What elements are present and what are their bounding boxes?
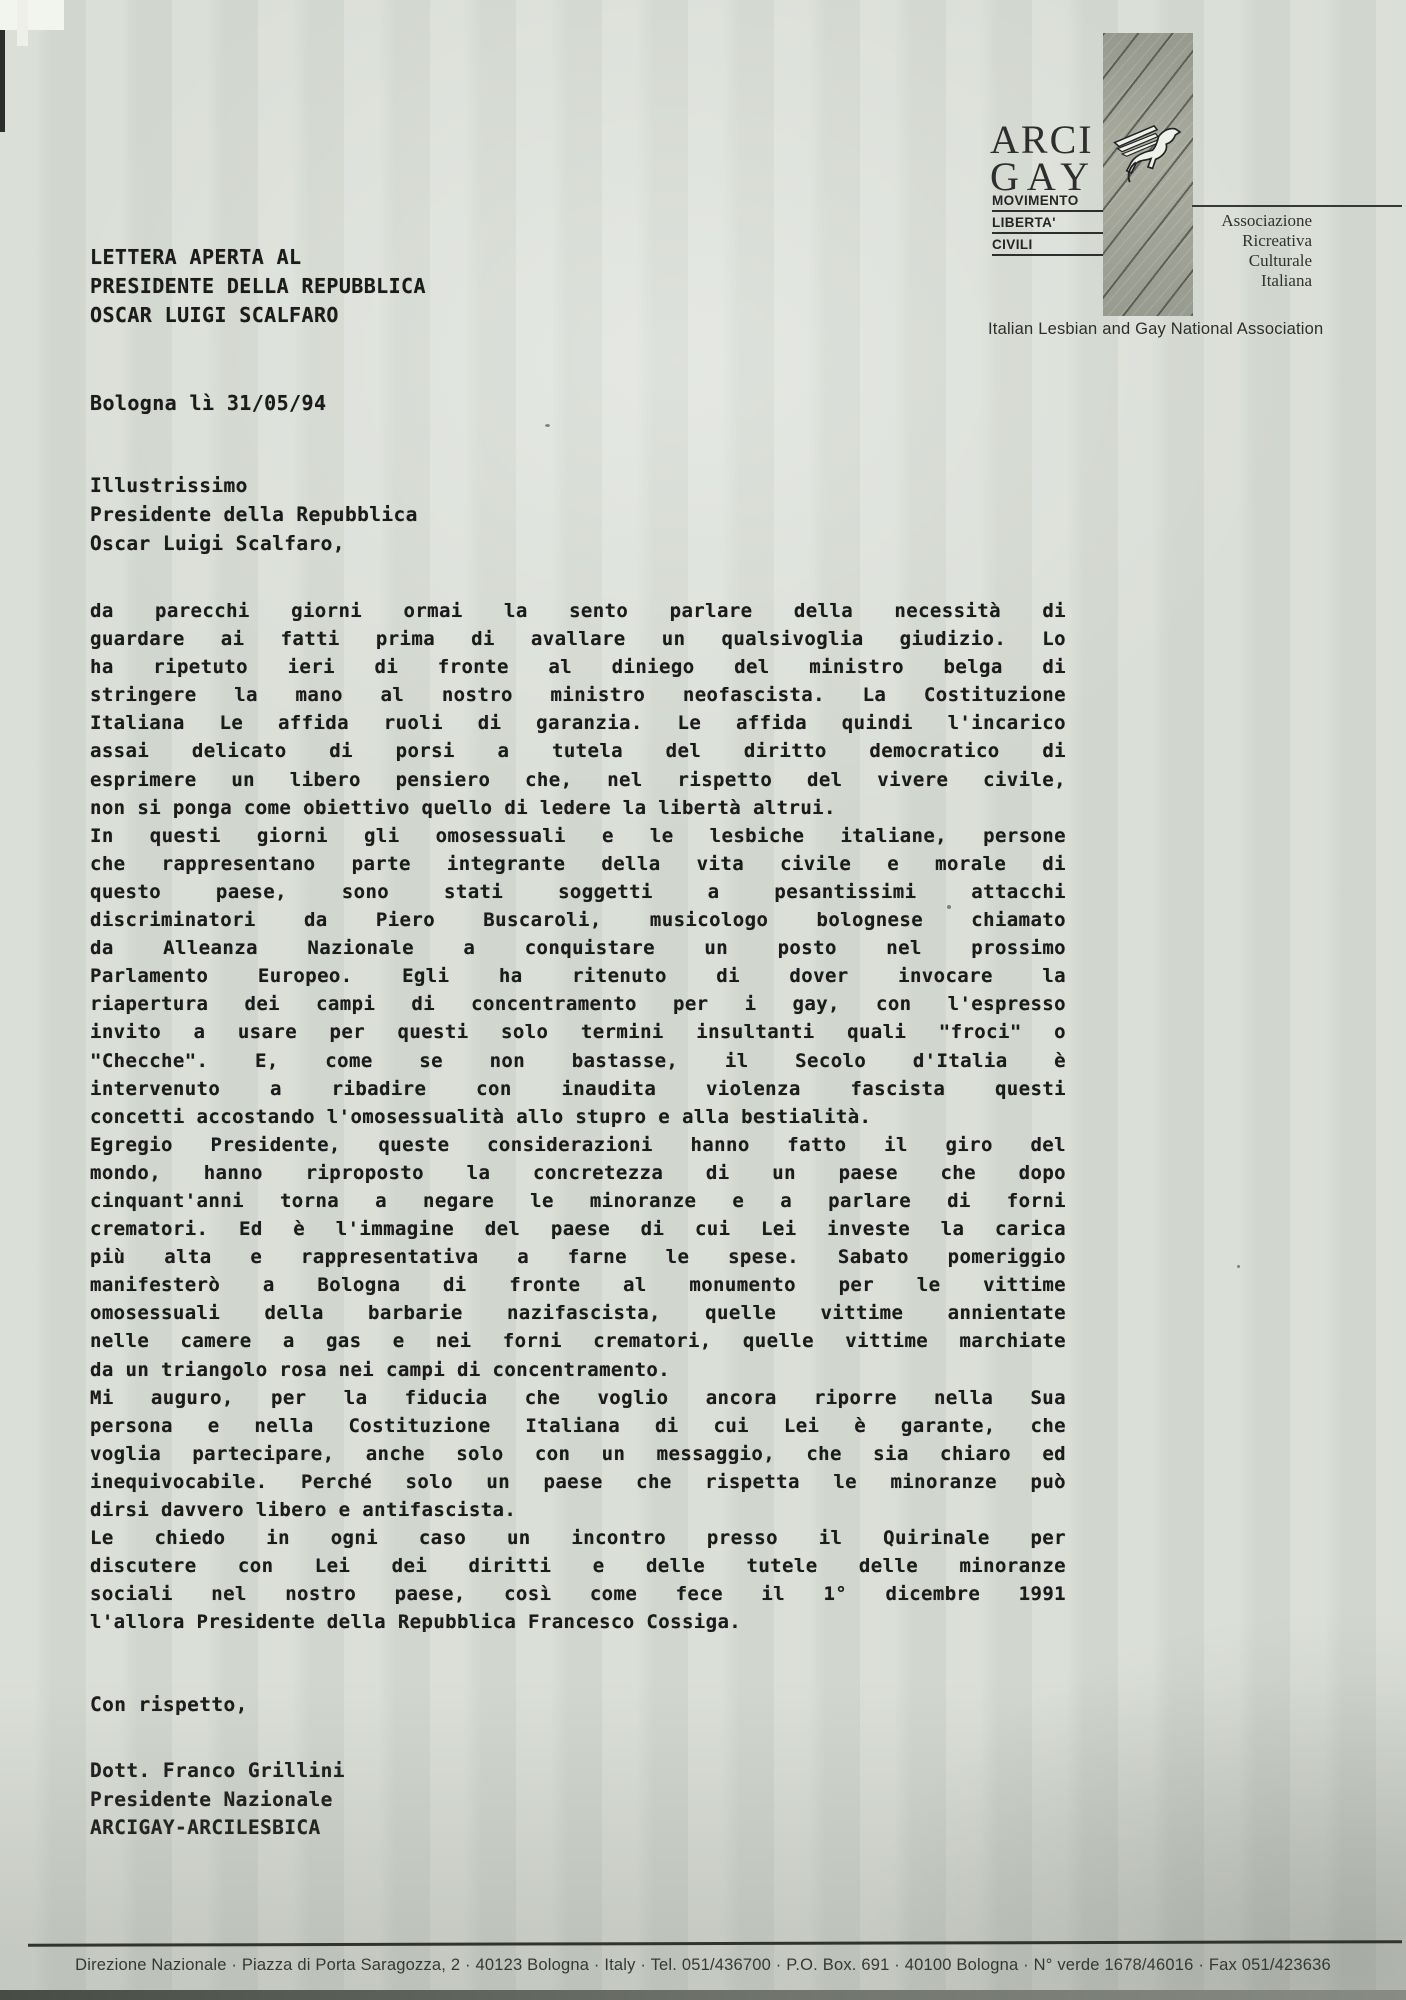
letter-body-line: questo paese, sono stati soggetti a pesa… [90,878,1066,906]
recipient-line: LETTERA APERTA AL [90,243,426,272]
scan-speck [545,424,550,427]
association-line: Associazione [1190,211,1312,231]
letter-body-line: voglia partecipare, anche solo con un me… [90,1440,1066,1468]
logo-word-liberta: LIBERTA' [992,215,1108,234]
letter-body-line: riapertura dei campi di concentramento p… [90,990,1066,1018]
pegasus-icon [1110,119,1186,189]
salutation-line: Illustrissimo [90,471,418,500]
logo-text-gay: GAY [990,158,1097,195]
letter-body-line: più alta e rappresentativa a farne le sp… [90,1243,1066,1271]
letter-body-line: invito a usare per questi solo termini i… [90,1018,1066,1046]
letter-body-line: che rappresentano parte integrante della… [90,850,1066,878]
association-line: Ricreativa [1190,231,1312,251]
letter-body-line: esprimere un libero pensiero che, nel ri… [90,766,1066,794]
english-subtitle: Italian Lesbian and Gay National Associa… [988,320,1328,339]
letter-body-line: nelle camere a gas e nei forni crematori… [90,1327,1066,1355]
letter-body-line: In questi giorni gli omosessuali e le le… [90,822,1066,850]
association-line: Italiana [1190,271,1312,291]
logo-textured-band [1103,33,1193,316]
association-line: Culturale [1190,251,1312,271]
letter-body-line: sociali nel nostro paese, così come fece… [90,1580,1066,1608]
letter-body-line: guardare ai fatti prima di avallare un q… [90,625,1066,653]
letter-body-line: manifesterò a Bologna di fronte al monum… [90,1271,1066,1299]
letter-body-line: non si ponga come obiettivo quello di le… [90,794,1066,822]
scan-streak-artifact [17,0,28,46]
letter-body-line: ha ripetuto ieri di fronte al diniego de… [90,653,1066,681]
logo-word-movimento: MOVIMENTO [992,193,1108,212]
letter-body-line: assai delicato di porsi a tutela del dir… [90,737,1066,765]
recipient-block: LETTERA APERTA AL PRESIDENTE DELLA REPUB… [90,243,426,330]
letter-body-line: inequivocabile. Perché solo un paese che… [90,1468,1066,1496]
letter-body-line: discutere con Lei dei diritti e delle tu… [90,1552,1066,1580]
letter-body-line: stringere la mano al nostro ministro neo… [90,681,1066,709]
scanned-letter-page: ARCI GAY MOVIMENTO LIBERTA' CIVILI Assoc… [0,0,1406,2000]
association-name-block: Associazione Ricreativa Culturale Italia… [1190,211,1312,291]
salutation-block: Illustrissimo Presidente della Repubblic… [90,471,418,558]
arcigay-logo: ARCI GAY [990,121,1097,195]
letter-body-line: mondo, hanno riproposto la concretezza d… [90,1159,1066,1187]
scan-shadow-bottom [0,1680,1406,2000]
scan-speck [1237,1265,1240,1268]
letter-body-line: l'allora Presidente della Repubblica Fra… [90,1608,1066,1636]
letter-body-line: cinquant'anni torna a negare le minoranz… [90,1187,1066,1215]
logo-text-arci: ARCI [990,121,1097,158]
letter-body-line: Mi auguro, per la fiducia che voglio anc… [90,1384,1066,1412]
letter-body-line: da un triangolo rosa nei campi di concen… [90,1356,1066,1384]
logo-word-civili: CIVILI [992,237,1108,256]
letter-body-line: omosessuali della barbarie nazifascista,… [90,1299,1066,1327]
letter-body-line: intervenuto a ribadire con inaudita viol… [90,1075,1066,1103]
letter-body-line: "Checche". E, come se non bastasse, il S… [90,1047,1066,1075]
recipient-line: OSCAR LUIGI SCALFARO [90,301,426,330]
dateline: Bologna lì 31/05/94 [90,391,326,415]
letterhead-divider-line [1192,205,1402,207]
salutation-line: Oscar Luigi Scalfaro, [90,529,418,558]
letter-body-line: persona e nella Costituzione Italiana di… [90,1412,1066,1440]
letter-body-line: discriminatori da Piero Buscaroli, music… [90,906,1066,934]
salutation-line: Presidente della Repubblica [90,500,418,529]
letter-body-line: Egregio Presidente, queste considerazion… [90,1131,1066,1159]
letter-body-line: Italiana Le affida ruoli di garanzia. Le… [90,709,1066,737]
scan-edge-bottom [0,1990,1406,2000]
recipient-line: PRESIDENTE DELLA REPUBBLICA [90,272,426,301]
letter-body-line: crematori. Ed è l'immagine del paese di … [90,1215,1066,1243]
scan-corner-artifact [0,0,64,30]
scan-speck [947,905,951,909]
letter-body-line: Parlamento Europeo. Egli ha ritenuto di … [90,962,1066,990]
letter-body-line: concetti accostando l'omosessualità allo… [90,1103,1066,1131]
letter-body: da parecchi giorni ormai la sento parlar… [90,597,1066,1636]
letter-body-line: da parecchi giorni ormai la sento parlar… [90,597,1066,625]
letter-body-line: dirsi davvero libero e antifascista. [90,1496,1066,1524]
letter-body-line: da Alleanza Nazionale a conquistare un p… [90,934,1066,962]
letter-body-line: Le chiedo in ogni caso un incontro press… [90,1524,1066,1552]
